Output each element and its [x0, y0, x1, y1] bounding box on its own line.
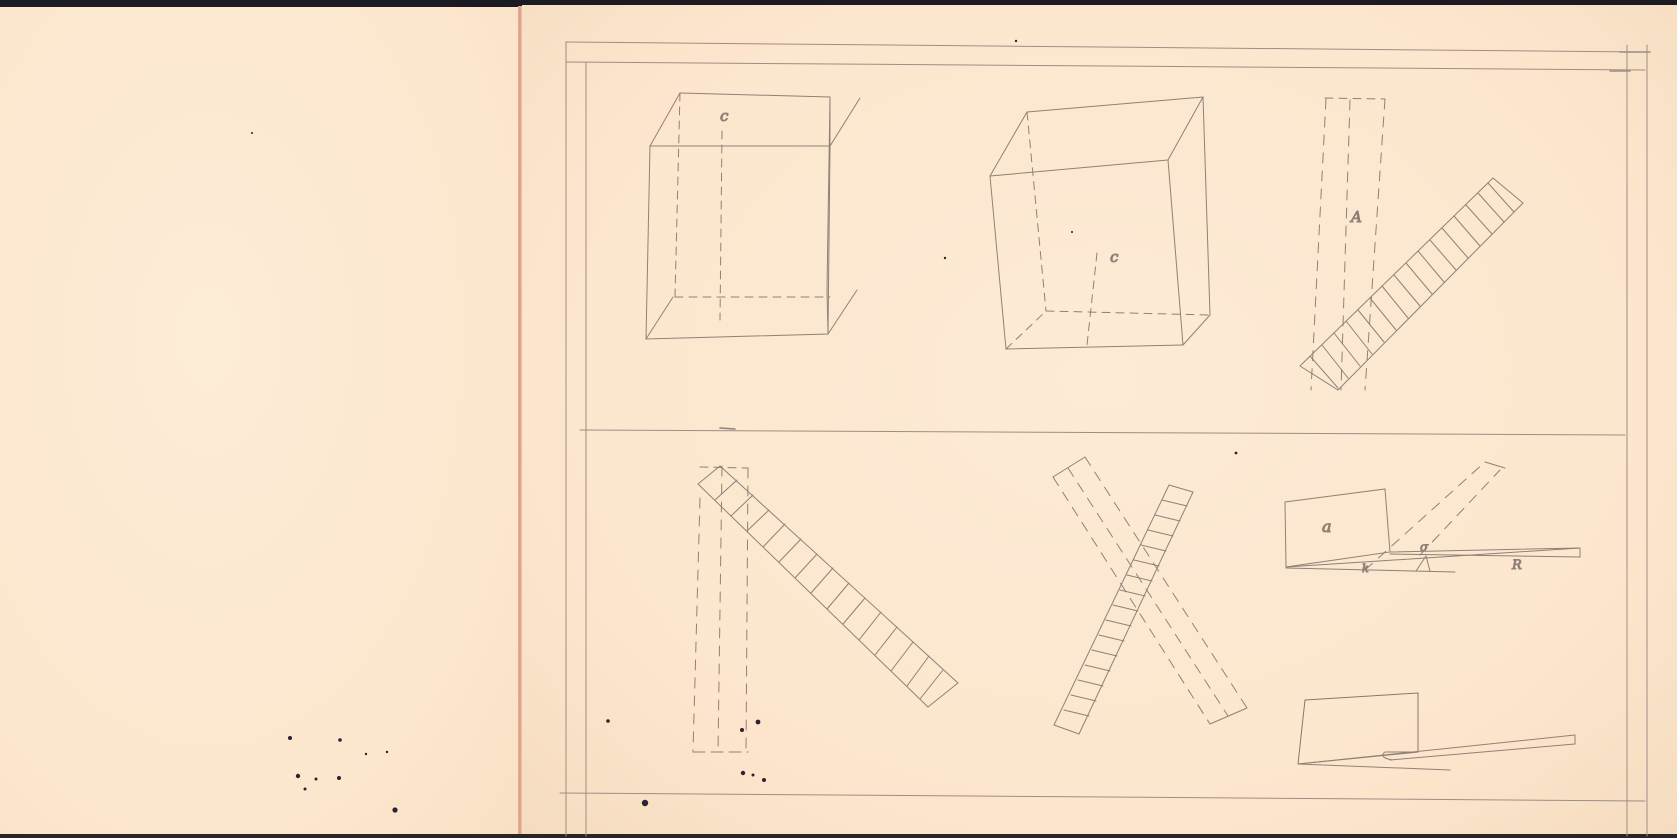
divider-tick	[720, 428, 735, 429]
drawing-canvas: c c	[0, 0, 1677, 838]
label-a-block: a	[1322, 517, 1332, 536]
hatched-slat-x	[1054, 485, 1193, 734]
ink-stains	[251, 40, 1237, 813]
page-frame	[560, 42, 1650, 836]
hatched-slat-diagonal	[1300, 178, 1523, 390]
label-k: k	[1362, 562, 1369, 575]
figure-slats-crossed	[1053, 457, 1247, 734]
figure-slat-falling	[693, 466, 958, 752]
label-c-upright-box: c	[720, 107, 729, 125]
figure-slat-crossing	[1300, 98, 1523, 390]
figure-block-on-lever	[1298, 693, 1575, 770]
figure-upright-box	[646, 93, 860, 339]
label-c-tilted-box: c	[1110, 248, 1119, 266]
label-r: R	[1511, 558, 1522, 573]
label-a-slat: A	[1349, 208, 1362, 226]
label-sigma-angle: σ	[1420, 540, 1429, 554]
figure-tilted-box	[990, 97, 1210, 349]
hatched-slat-falling	[698, 466, 958, 707]
